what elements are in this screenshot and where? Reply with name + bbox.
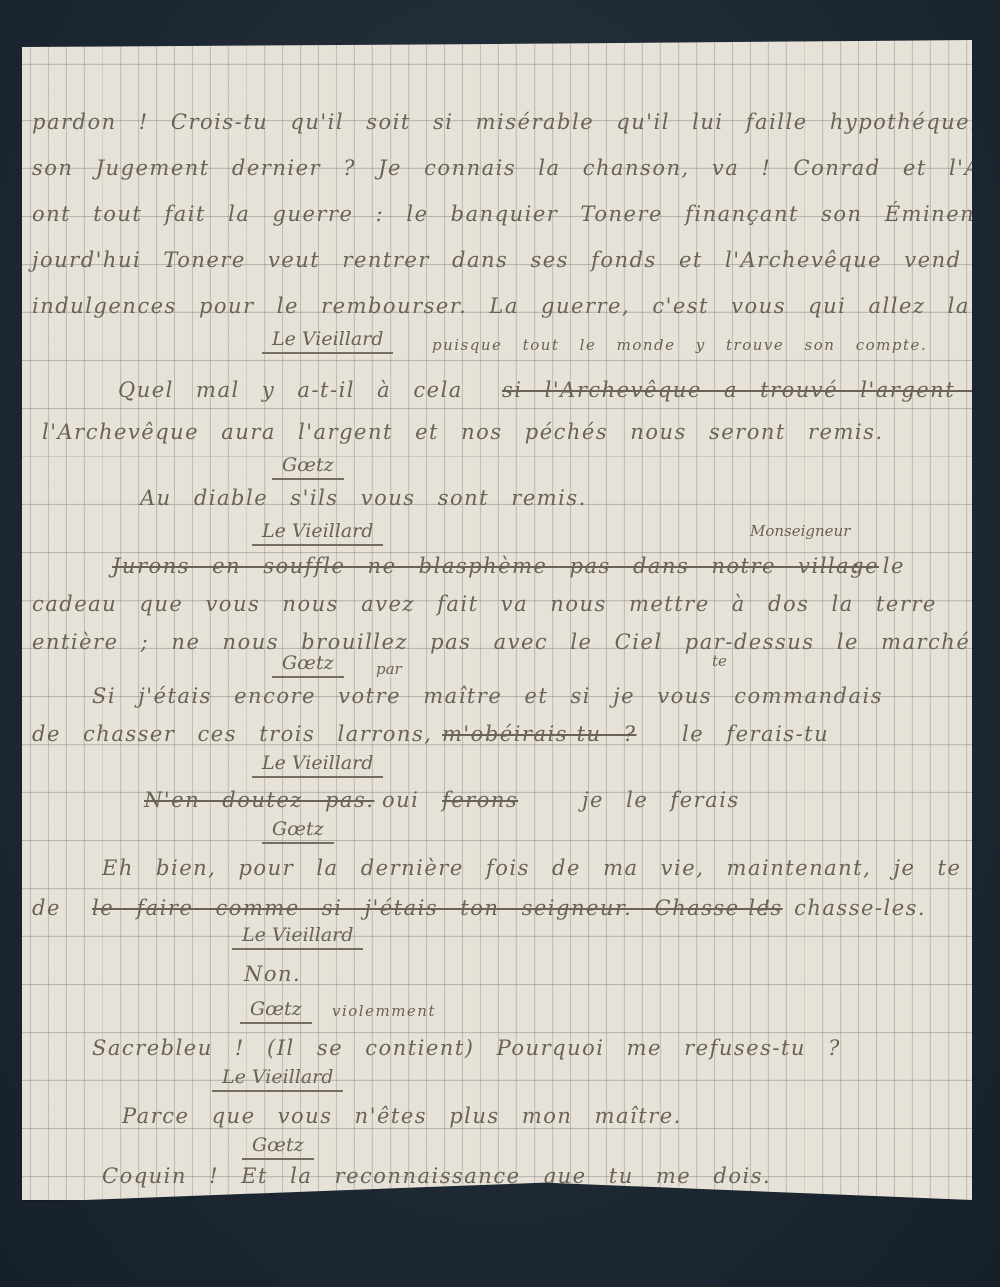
speaker-heading: Gœtz <box>240 998 312 1024</box>
text-line: Au diable s'ils vous sont remis. <box>140 486 587 510</box>
speaker-heading: Le Vieillard <box>232 924 363 950</box>
text-line: Non. <box>244 962 301 986</box>
text-line: Quel mal y a-t-il à cela <box>118 378 463 402</box>
text-line: jourd'hui Tonere veut rentrer dans ses f… <box>32 248 1000 272</box>
speaker-heading: Gœtz <box>242 1134 314 1160</box>
text-line: indulgences pour le rembourser. La guerr… <box>32 294 1000 318</box>
interlinear-insert: par <box>376 660 402 678</box>
text-line: Coquin ! Et la reconnaissance que tu me … <box>102 1164 771 1188</box>
speaker-heading: Le Vieillard <box>262 328 393 354</box>
manuscript-page: pardon ! Crois-tu qu'il soit si misérabl… <box>22 40 972 1200</box>
text-line: ! chasse-les. <box>762 896 926 920</box>
speaker-heading: Gœtz <box>262 818 334 844</box>
struck-text: m'obéirais-tu ? <box>442 722 636 746</box>
text-line: l'Archevêque aura l'argent et nos péchés… <box>42 420 884 444</box>
interlinear-insert: te <box>712 652 727 670</box>
struck-text: N'en doutez pas. <box>144 788 374 812</box>
text-line: de chasser ces trois larrons, <box>32 722 432 746</box>
speaker-heading: Le Vieillard <box>212 1066 343 1092</box>
text-line: Parce que vous n'êtes plus mon maître. <box>122 1104 682 1128</box>
text-line: le ferais-tu <box>682 722 829 746</box>
text-line: : le <box>852 554 905 578</box>
text-line: son Jugement dernier ? Je connais la cha… <box>32 156 1000 180</box>
struck-text: le faire comme si j'étais ton seigneur. … <box>92 896 783 920</box>
text-line: cadeau que vous nous avez fait va nous m… <box>32 592 937 616</box>
speaker-heading: Gœtz <box>272 652 344 678</box>
text-line: Eh bien, pour la dernière fois de ma vie… <box>102 856 1000 880</box>
struck-text: ferons <box>442 788 518 812</box>
struck-text: si l'Archevêque a trouvé l'argent chez <box>502 378 1000 402</box>
text-line: oui <box>382 788 419 812</box>
struck-text: Jurons en souffle ne blasphème pas dans … <box>112 554 879 578</box>
speaker-heading: Le Vieillard <box>252 752 383 778</box>
stage-aside: violemment <box>332 1002 436 1020</box>
text-line: ont tout fait la guerre : le banquier To… <box>32 202 1000 226</box>
text-line: Si j'étais encore votre maître et si je … <box>92 684 883 708</box>
text-line: de <box>32 896 61 920</box>
text-line: entière ; ne nous brouillez pas avec le … <box>32 630 978 654</box>
speaker-heading: Gœtz <box>272 454 344 480</box>
text-line: je le ferais <box>582 788 740 812</box>
text-line: Sacrebleu ! (Il se contient) Pourquoi me… <box>92 1036 841 1060</box>
interlinear-insert: Monseigneur <box>750 522 850 540</box>
text-line: pardon ! Crois-tu qu'il soit si misérabl… <box>32 110 982 134</box>
stage-aside: puisque tout le monde y trouve son compt… <box>432 336 927 354</box>
speaker-heading: Le Vieillard <box>252 520 383 546</box>
